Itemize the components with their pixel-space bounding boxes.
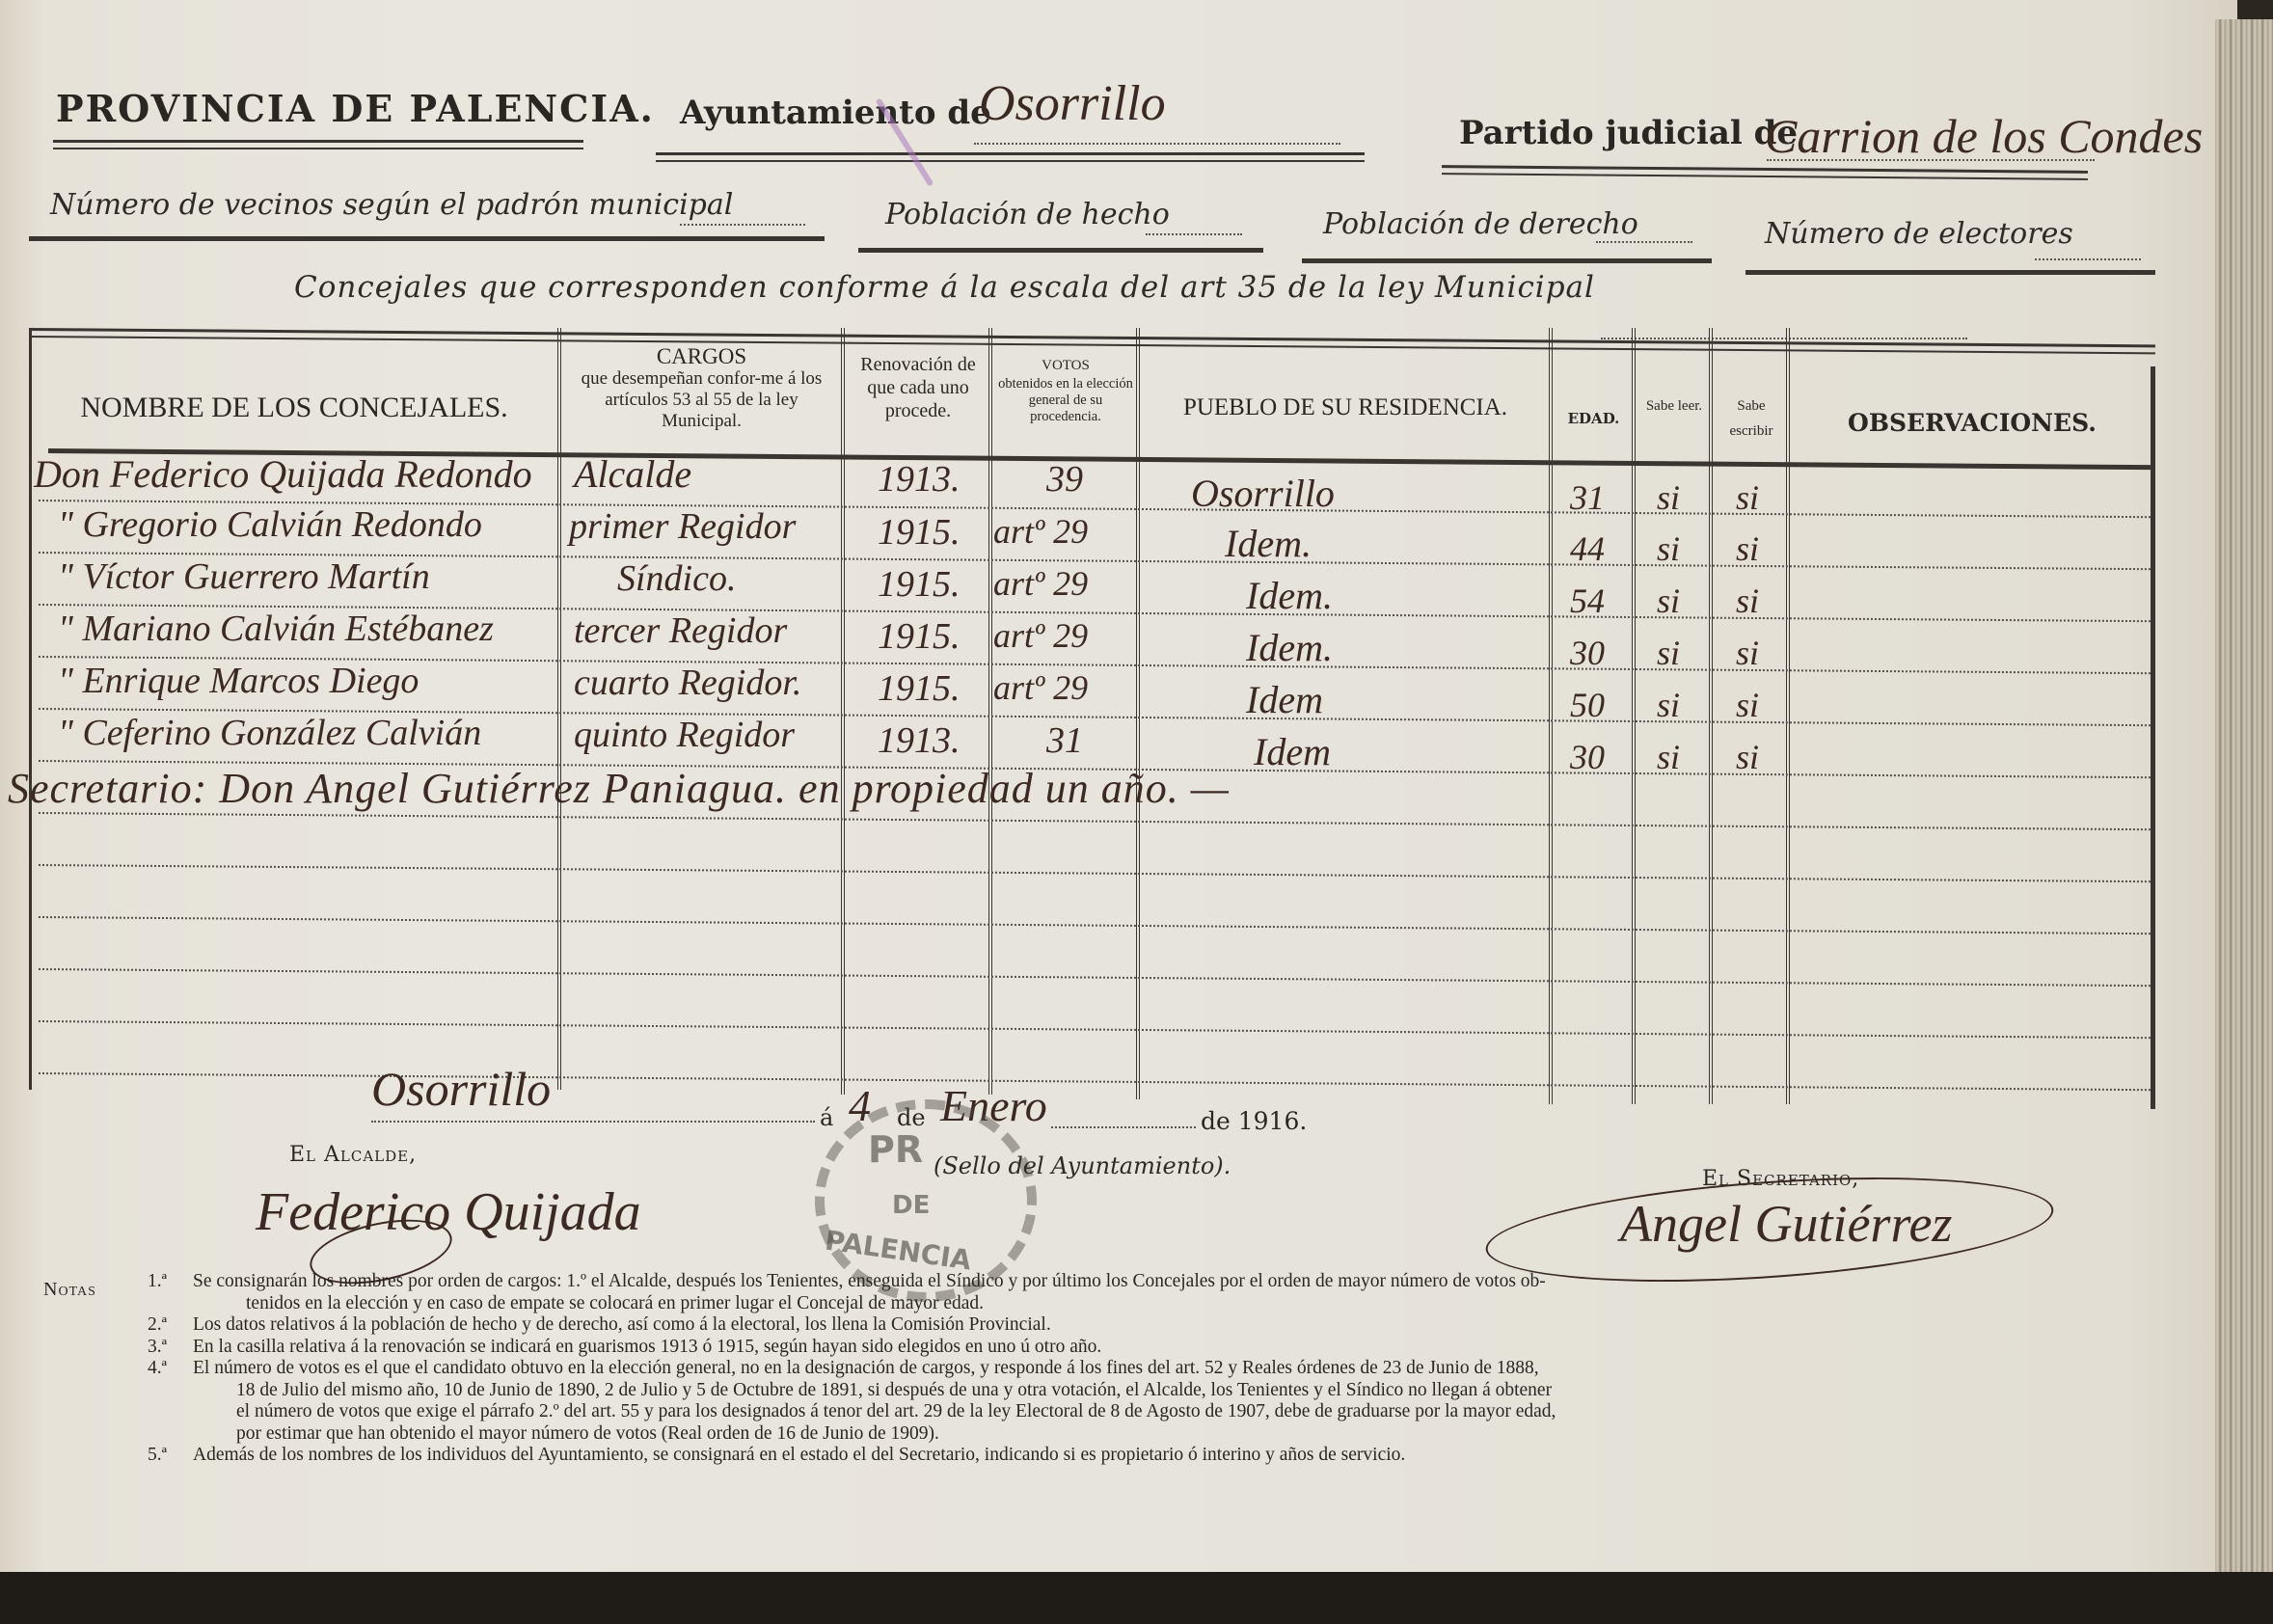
row-5-escribir: si — [1736, 685, 1759, 725]
ayuntamiento-value: Osorrillo — [979, 75, 1166, 132]
stamp-text: PR — [868, 1128, 923, 1171]
row-4-cargo: tercer Regidor — [574, 609, 787, 652]
fill-dots — [1051, 1126, 1196, 1128]
col-header-edad: EDAD. — [1557, 412, 1630, 427]
row-3-cargo: Síndico. — [617, 557, 736, 600]
row-5-votos: artº 29 — [993, 667, 1088, 708]
row-1-leer: si — [1657, 477, 1680, 518]
row-4-leer: si — [1657, 633, 1680, 673]
form-page: PROVINCIA DE PALENCIA. Ayuntamiento de O… — [0, 0, 2237, 1572]
date-a: á — [820, 1104, 833, 1131]
row-6-escribir: si — [1736, 737, 1759, 777]
col-border — [1786, 328, 1790, 1104]
rule — [1302, 258, 1712, 263]
date-year: de 1916. — [1201, 1107, 1307, 1135]
note-item: 2.ª Los datos relativos á la población d… — [43, 1314, 2165, 1337]
row-rule — [39, 968, 2151, 987]
fill-dots — [974, 143, 1340, 145]
row-6-leer: si — [1657, 737, 1680, 777]
secretario-line: Secretario: Don Angel Gutiérrez Paniagua… — [8, 764, 1230, 813]
row-6-nombre: " Ceferino González Calvián — [58, 712, 481, 754]
note-text: Se consignarán los nombres por orden de … — [193, 1271, 2165, 1293]
row-3-renovacion: 1915. — [878, 563, 961, 606]
row-5-renovacion: 1915. — [878, 667, 961, 710]
row-4-renovacion: 1915. — [878, 615, 961, 658]
poblacion-hecho-label: Población de hecho — [885, 198, 1170, 231]
fill-dots — [371, 1121, 815, 1123]
row-rule — [39, 916, 2151, 934]
poblacion-derecho-field[interactable] — [1596, 241, 1692, 243]
note-text: 18 de Julio del mismo año, 10 de Junio d… — [193, 1380, 2165, 1402]
escala-heading: Concejales que corresponden conforme á l… — [294, 270, 1595, 305]
row-2-escribir: si — [1736, 528, 1759, 569]
rule — [1442, 173, 2088, 180]
fill-dots — [1767, 159, 2095, 161]
row-4-nombre: " Mariano Calvián Estébanez — [58, 608, 494, 650]
row-1-edad: 31 — [1570, 477, 1605, 518]
row-5-leer: si — [1657, 685, 1680, 725]
note-text: el número de votos que exige el párrafo … — [193, 1401, 2165, 1423]
note-number: 4.ª — [148, 1358, 167, 1380]
col-border — [2151, 366, 2155, 1109]
row-1-escribir: si — [1736, 477, 1759, 518]
stamp-text: DE — [892, 1191, 930, 1220]
note-number: 1.ª — [148, 1271, 167, 1293]
row-5-cargo: cuarto Regidor. — [574, 662, 801, 704]
rule — [29, 236, 825, 241]
rule — [1442, 165, 2088, 174]
row-4-escribir: si — [1736, 633, 1759, 673]
col-border — [1136, 328, 1140, 1099]
rule — [858, 248, 1263, 253]
book-bottom-edge — [0, 1572, 2273, 1624]
note-number: 3.ª — [148, 1337, 167, 1359]
row-6-votos: 31 — [1046, 719, 1083, 762]
note-text: por estimar que han obtenido el mayor nú… — [193, 1423, 2165, 1446]
col-border — [841, 328, 845, 1095]
rule — [656, 160, 1365, 162]
row-6-cargo: quinto Regidor — [574, 714, 795, 756]
col-header-nombre: NOMBRE DE LOS CONCEJALES. — [39, 365, 550, 451]
vecinos-field[interactable] — [680, 224, 805, 226]
note-item: 4.ª El número de votos es el que el cand… — [43, 1358, 2165, 1445]
row-rule — [39, 1020, 2151, 1039]
rule — [1745, 270, 2155, 275]
col-header-sabe-leer: Sabe leer. — [1641, 393, 1707, 419]
row-2-nombre: " Gregorio Calvián Redondo — [58, 503, 482, 546]
partido-label: Partido judicial de — [1459, 114, 1798, 152]
rule — [53, 148, 583, 149]
col-header-renovacion: Renovación de que cada uno procede. — [851, 353, 986, 422]
book-page-edges — [2215, 19, 2273, 1591]
notes-section: Notas 1.ª Se consignarán los nombres por… — [43, 1271, 2165, 1467]
row-2-leer: si — [1657, 528, 1680, 569]
note-item: 5.ª Además de los nombres de los individ… — [43, 1445, 2165, 1467]
row-rule — [39, 812, 2151, 830]
sello-label: (Sello del Ayuntamiento). — [934, 1152, 1231, 1179]
note-item: 3.ª En la casilla relativa á la renovaci… — [43, 1337, 2165, 1359]
document-scan: PROVINCIA DE PALENCIA. Ayuntamiento de O… — [0, 0, 2273, 1624]
col-header-cargos-title: CARGOS — [564, 345, 839, 368]
row-1-votos: 39 — [1046, 458, 1083, 501]
note-item: 1.ª Se consignarán los nombres por orden… — [43, 1271, 2165, 1314]
col-border — [29, 328, 32, 1090]
partido-value: Carrion de los Condes — [1765, 108, 2203, 164]
col-border — [1709, 328, 1713, 1104]
note-text: tenidos en la elección y en caso de empa… — [193, 1293, 2165, 1315]
col-border — [557, 328, 561, 1090]
row-1-renovacion: 1913. — [878, 458, 961, 501]
row-1-nombre: Don Federico Quijada Redondo — [34, 451, 532, 497]
row-4-pueblo: Idem. — [1246, 625, 1333, 670]
rule — [656, 152, 1365, 155]
row-5-pueblo: Idem — [1246, 677, 1323, 722]
row-1-pueblo: Osorrillo — [1191, 471, 1335, 516]
row-2-cargo: primer Regidor — [569, 505, 796, 548]
row-3-escribir: si — [1736, 581, 1759, 621]
row-5-nombre: " Enrique Marcos Diego — [58, 660, 419, 702]
col-header-cargos-sub: que desempeñan confor-me á los artículos… — [564, 368, 839, 432]
rule — [53, 140, 583, 143]
col-header-observaciones: OBSERVACIONES. — [1794, 411, 2151, 436]
poblacion-derecho-label: Población de derecho — [1323, 207, 1638, 241]
stamp-text: PALENCIA — [823, 1225, 973, 1277]
row-6-pueblo: Idem — [1254, 729, 1331, 774]
row-5-edad: 50 — [1570, 685, 1605, 725]
electores-label: Número de electores — [1765, 217, 2073, 251]
row-2-pueblo: Idem. — [1225, 521, 1312, 566]
row-6-renovacion: 1913. — [878, 719, 961, 762]
poblacion-hecho-field[interactable] — [1146, 233, 1242, 235]
ayuntamiento-label: Ayuntamiento de — [680, 94, 991, 132]
row-4-edad: 30 — [1570, 633, 1605, 673]
note-text: En la casilla relativa á la renovación s… — [193, 1337, 2165, 1359]
col-header-votos-title: VOTOS — [998, 359, 1133, 374]
row-4-votos: artº 29 — [993, 615, 1088, 656]
row-3-nombre: " Víctor Guerrero Martín — [58, 555, 430, 598]
row-3-pueblo: Idem. — [1246, 573, 1333, 618]
row-3-leer: si — [1657, 581, 1680, 621]
date-place: Osorrillo — [371, 1061, 551, 1117]
row-6-edad: 30 — [1570, 737, 1605, 777]
note-text: El número de votos es el que el candidat… — [193, 1358, 2165, 1380]
row-rule — [39, 864, 2151, 882]
col-border — [1632, 328, 1636, 1104]
note-number: 2.ª — [148, 1314, 167, 1337]
note-text: Además de los nombres de los individuos … — [193, 1445, 2165, 1467]
concejales-table: NOMBRE DE LOS CONCEJALES. CARGOS que des… — [29, 328, 2155, 1099]
col-header-sabe-escribir: Sabe escribir — [1717, 393, 1786, 444]
province-title: PROVINCIA DE PALENCIA. — [56, 87, 655, 130]
col-border — [1549, 328, 1553, 1104]
row-2-renovacion: 1915. — [878, 511, 961, 554]
row-3-votos: artº 29 — [993, 563, 1088, 604]
electores-field[interactable] — [2035, 258, 2141, 260]
vecinos-label: Número de vecinos según el padrón munici… — [50, 188, 733, 222]
row-3-edad: 54 — [1570, 581, 1605, 621]
col-border — [988, 328, 992, 1095]
alcalde-label: El Alcalde, — [289, 1143, 417, 1167]
note-text: Los datos relativos á la población de he… — [193, 1314, 2165, 1337]
note-number: 5.ª — [148, 1445, 167, 1467]
col-header-votos-sub: obtenidos en la elección general de su p… — [998, 376, 1133, 425]
row-rule — [39, 1072, 2151, 1091]
row-1-cargo: Alcalde — [574, 451, 691, 497]
row-2-edad: 44 — [1570, 528, 1605, 569]
row-2-votos: artº 29 — [993, 511, 1088, 552]
col-header-pueblo: PUEBLO DE SU RESIDENCIA. — [1143, 395, 1548, 420]
